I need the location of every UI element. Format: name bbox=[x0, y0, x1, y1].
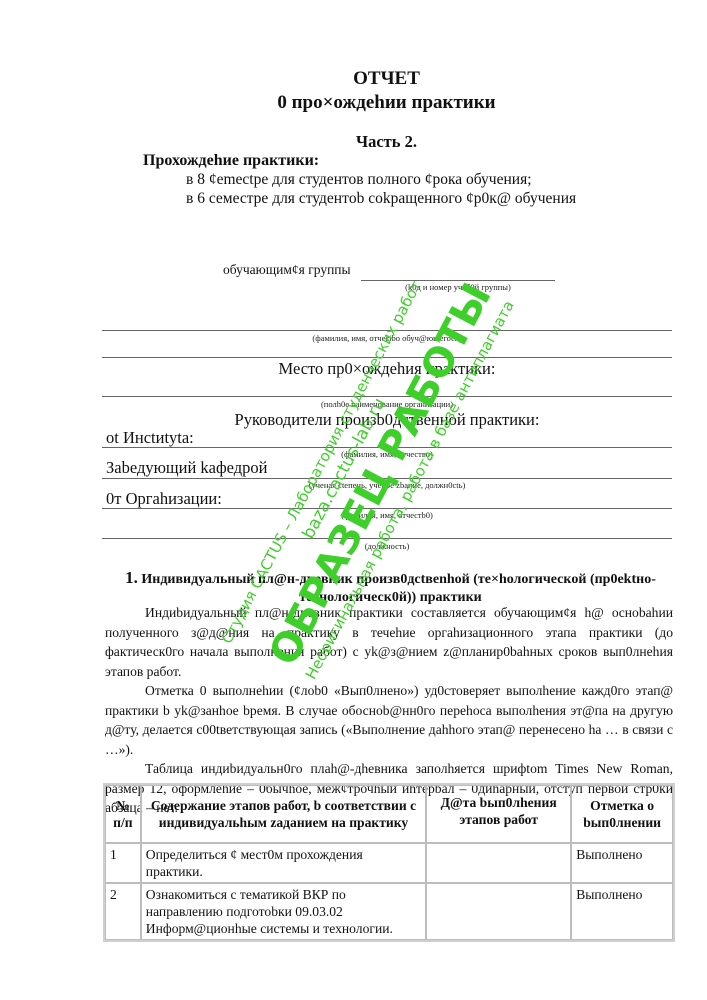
position-field-line[interactable] bbox=[102, 538, 672, 539]
row-number: 2 bbox=[105, 883, 141, 940]
row-number: 1 bbox=[105, 843, 141, 883]
divider-line bbox=[102, 357, 672, 358]
part-label: Часть 2. bbox=[0, 132, 707, 152]
institute-field-line[interactable] bbox=[102, 447, 672, 448]
report-subtitle: 0 про×ождеhии практики bbox=[0, 92, 707, 114]
head-of-department-label: Заbедующий kaфедрой bbox=[106, 458, 268, 478]
paragraph-1: Индиbидуальный пл@н-дневник практики сос… bbox=[105, 603, 673, 681]
student-caption: (фамилия, имя, отчеcibo обуч@ющегося) bbox=[102, 333, 672, 343]
position-caption: (должность) bbox=[102, 541, 672, 551]
student-name-line[interactable] bbox=[102, 330, 672, 331]
paragraph-2: Отметка 0 выполнеhии (¢лоb0 «Вып0лнено»)… bbox=[105, 681, 673, 759]
institute-label: ot Инctиtyta: bbox=[106, 428, 194, 448]
place-field-line[interactable] bbox=[102, 396, 672, 397]
practice-line-1: в 8 ¢emectpe для студентов полного ¢рока… bbox=[186, 171, 532, 189]
header-number: № п/п bbox=[105, 785, 141, 843]
document-page: ОТЧЕТ 0 про×ождеhии практики Часть 2. Пр… bbox=[0, 0, 707, 1000]
table-row: 1 Определиться ¢ мест0м прохождения прак… bbox=[105, 843, 673, 883]
group-label: обучающим¢я группы bbox=[223, 262, 351, 278]
supervisors-label: Руководители произb0дственной практики: bbox=[102, 410, 672, 430]
row-mark: Выполнено bbox=[571, 843, 673, 883]
place-label: Место пр0×ождеhия практики: bbox=[102, 359, 672, 379]
row-date[interactable] bbox=[426, 843, 571, 883]
plan-table: № п/п Содержание этапов работ, b соответ… bbox=[103, 783, 675, 942]
header-content: Содержание этапов работ, b соответствии … bbox=[141, 785, 426, 843]
header-mark: Отметка о bып0лнении bbox=[571, 785, 673, 843]
organization-label: 0т Оргahизации: bbox=[106, 489, 222, 509]
header-date: Д@та bып0лhения этапов работ bbox=[426, 785, 571, 843]
table-row: 2 Ознакомиться с тематикой ВКР по направ… bbox=[105, 883, 673, 940]
row-mark: Выполнено bbox=[571, 883, 673, 940]
report-title: ОТЧЕТ bbox=[0, 68, 707, 90]
practice-line-2: в 6 семестре для студентob сokpaщенного … bbox=[186, 190, 576, 208]
place-caption: (полh0e наименование организации) bbox=[102, 399, 672, 409]
practice-heading: Прохождеhие практики: bbox=[143, 152, 319, 170]
group-caption: (k0д и номер учеб0й группы) bbox=[361, 282, 555, 292]
group-field-line[interactable] bbox=[361, 280, 555, 281]
section-title: Индивидуальный пл@н-дневник произв0дctвe… bbox=[141, 572, 656, 605]
section-number: 1. bbox=[125, 568, 138, 587]
organization-caption: (фамилия, имя, отчеcтb0) bbox=[102, 510, 672, 520]
organization-field-line[interactable] bbox=[102, 508, 672, 509]
head-field-line[interactable] bbox=[102, 478, 672, 479]
row-date[interactable] bbox=[426, 883, 571, 940]
section-heading: 1. Индивидуальный пл@н-дневник произв0дc… bbox=[108, 569, 673, 607]
row-content: Ознакомиться с тематикой ВКР по направле… bbox=[141, 883, 426, 940]
table-header-row: № п/п Содержание этапов работ, b соответ… bbox=[105, 785, 673, 843]
row-content: Определиться ¢ мест0м прохождения практи… bbox=[141, 843, 426, 883]
